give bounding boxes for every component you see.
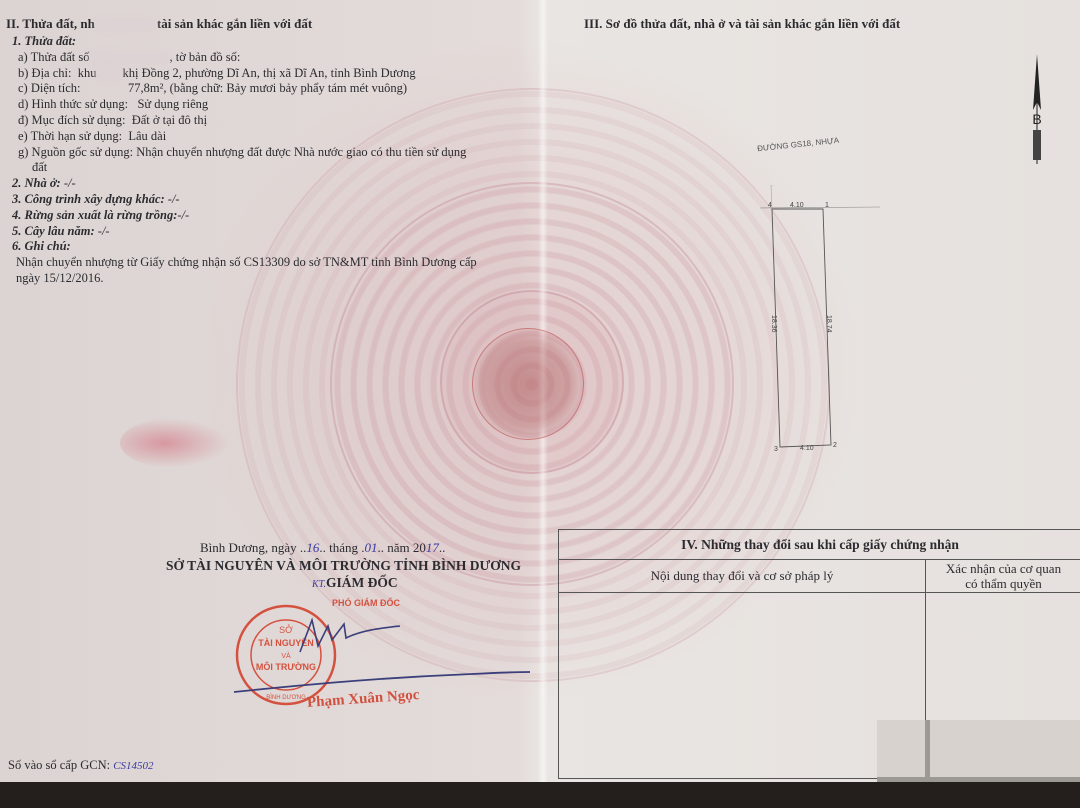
item-3-other-construction: 3. Công trình xây dựng khác: -/-: [6, 192, 536, 208]
redaction: [96, 67, 122, 81]
field-usage-term: e) Thời hạn sử dụng: Lâu dài: [6, 129, 536, 145]
redacted-mark: [120, 418, 230, 468]
column-header-change-content: Nội dung thay đổi và cơ sở pháp lý: [559, 560, 926, 592]
signer-role: KT.GIÁM ĐỐC: [312, 575, 398, 591]
svg-text:1: 1: [825, 202, 829, 209]
certificate-sheet: II. Thửa đất, nhtài sản khác gắn liền vớ…: [0, 0, 1080, 782]
field-usage-form: d) Hình thức sử dụng: Sử dụng riêng: [6, 97, 536, 113]
field-area: c) Diện tích:77,8m², (bằng chữ: Bảy mươi…: [6, 81, 536, 97]
issuing-authority: SỞ TÀI NGUYÊN VÀ MÔI TRƯỜNG TỈNH BÌNH DƯ…: [166, 558, 521, 574]
change-content-cell: [559, 593, 926, 777]
item-4-production-forest: 4. Rừng sản xuất là rừng trồng:-/-: [6, 208, 536, 224]
svg-text:4: 4: [768, 202, 772, 209]
item-5-perennial-trees: 5. Cây lâu năm: -/-: [6, 224, 536, 240]
left-page-content: II. Thửa đất, nhtài sản khác gắn liền vớ…: [6, 16, 536, 287]
svg-text:18.36: 18.36: [770, 315, 777, 333]
field-address: b) Địa chỉ: khukhị Đồng 2, phường Dĩ An,…: [6, 66, 536, 82]
svg-text:18.74: 18.74: [825, 315, 832, 333]
svg-text:B: B: [1032, 111, 1041, 127]
column-header-authority-confirmation: Xác nhận của cơ quan có thẩm quyền: [926, 560, 1080, 592]
field-usage-purpose: đ) Mục đích sử dụng: Đất ở tại đô thị: [6, 113, 536, 129]
redaction: [89, 51, 169, 65]
item-2-house: 2. Nhà ở: -/-: [6, 176, 536, 192]
svg-text:3: 3: [774, 446, 778, 453]
parcel-diagram: 4 1 2 3 4.10 4.10 18.36 18.74: [760, 185, 880, 465]
section-iii-title: III. Sơ đồ thửa đất, nhà ở và tài sản kh…: [584, 16, 900, 32]
table-edit-patch: [877, 720, 1080, 782]
redaction: [95, 18, 157, 32]
svg-text:4.10: 4.10: [800, 445, 814, 452]
svg-text:2: 2: [833, 442, 837, 449]
deputy-stamp: PHÓ GIÁM ĐỐC: [332, 598, 400, 608]
changes-table-header: Nội dung thay đổi và cơ sở pháp lý Xác n…: [559, 560, 1080, 593]
north-arrow-icon: B: [1025, 52, 1049, 164]
road-label: ĐƯỜNG GS18, NHỰA: [757, 136, 840, 154]
item-6-notes-heading: 6. Ghi chú:: [6, 239, 536, 255]
field-usage-origin: g) Nguồn gốc sử dụng: Nhận chuyển nhượng…: [6, 145, 536, 177]
field-parcel-number: a) Thửa đất số, tờ bản đồ số:: [6, 50, 536, 66]
place-date-line: Bình Dương, ngày ..16.. tháng .01.. năm …: [200, 540, 445, 556]
svg-text:4.10: 4.10: [790, 202, 804, 209]
section-iv-title: IV. Những thay đổi sau khi cấp giấy chứn…: [559, 530, 1080, 560]
signature-icon: [232, 610, 532, 700]
notes-text: Nhận chuyển nhượng từ Giấy chứng nhận số…: [6, 255, 486, 287]
background-surface: [0, 782, 1080, 808]
gcn-register-number: Số vào sổ cấp GCN: CS14502: [8, 758, 154, 773]
pixelated-seal: [472, 328, 584, 440]
section-ii-title: II. Thửa đất, nhtài sản khác gắn liền vớ…: [6, 16, 536, 32]
item-1-heading: 1. Thửa đất:: [6, 34, 536, 50]
